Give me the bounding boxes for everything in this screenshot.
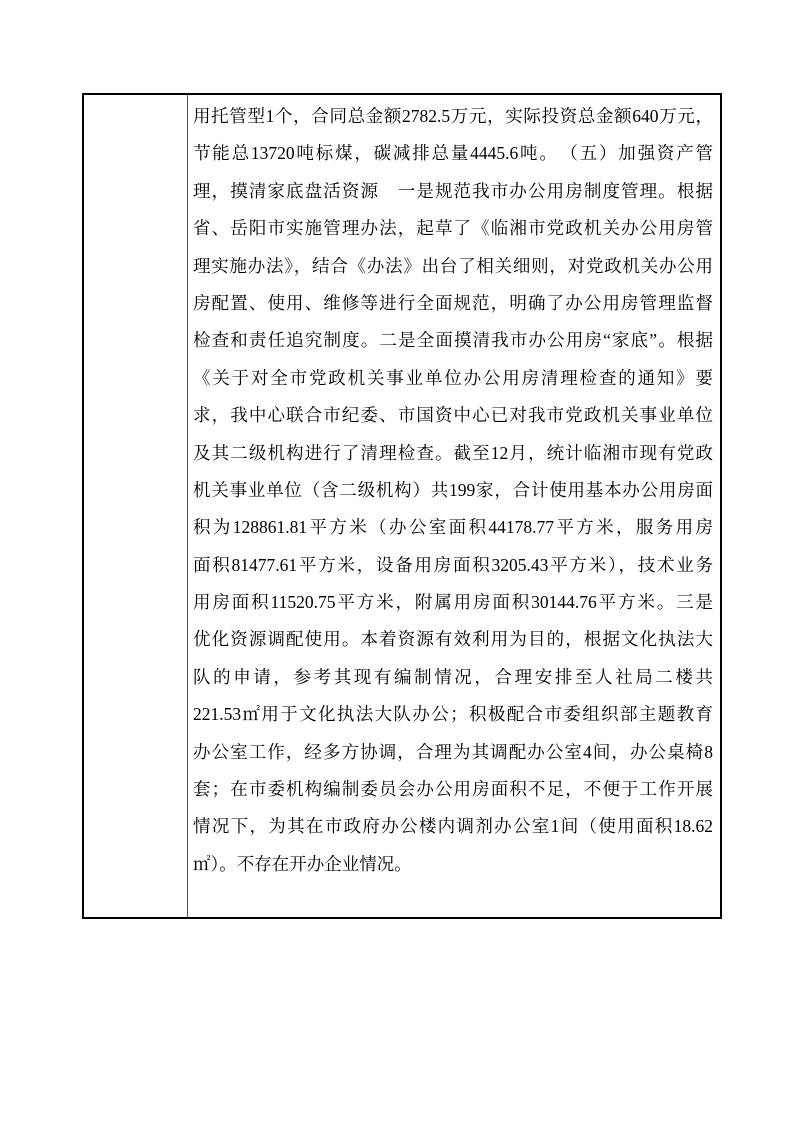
text-line: 面积81477.61平方米，设备用房面积3205.43平方米），技术业务	[193, 547, 713, 584]
table-label-cell	[84, 95, 188, 917]
text-line: 节能总13720吨标煤，碳减排总量4445.6吨。 （五）加强资产管	[193, 135, 713, 172]
text-line: 积为128861.81平方米（办公室面积44178.77平方米，服务用房	[193, 509, 713, 546]
text-line: ㎡）。不存在开办企业情况。	[193, 846, 713, 883]
text-line: 用房面积11520.75平方米，附属用房面积30144.76平方米。三是	[193, 584, 713, 621]
text-line: 检查和责任追究制度。二是全面摸清我市办公用房“家底”。根据	[193, 322, 713, 359]
text-line: 理，摸清家底盘活资源 一是规范我市办公用房制度管理。根据	[193, 173, 713, 210]
table-content-cell: 用托管型1个，合同总金额2782.5万元，实际投资总金额640万元，节能总137…	[188, 95, 720, 917]
document-page: 用托管型1个，合同总金额2782.5万元，实际投资总金额640万元，节能总137…	[0, 0, 794, 1122]
text-line: 优化资源调配使用。本着资源有效利用为目的，根据文化执法大	[193, 621, 713, 658]
text-line: 办公室工作，经多方协调，合理为其调配办公室4间，办公桌椅8	[193, 734, 713, 771]
report-table: 用托管型1个，合同总金额2782.5万元，实际投资总金额640万元，节能总137…	[82, 93, 722, 919]
text-line: 221.53㎡用于文化执法大队办公；积极配合市委组织部主题教育	[193, 696, 713, 733]
text-line: 及其二级机构进行了清理检查。截至12月，统计临湘市现有党政	[193, 435, 713, 472]
text-line: 套；在市委机构编制委员会办公用房面积不足，不便于工作开展	[193, 771, 713, 808]
text-line: 求，我中心联合市纪委、市国资中心已对我市党政机关事业单位	[193, 397, 713, 434]
text-line: 省、岳阳市实施管理办法，起草了《临湘市党政机关办公用房管	[193, 210, 713, 247]
text-line: 情况下，为其在市政府办公楼内调剂办公室1间（使用面积18.62	[193, 808, 713, 845]
text-line: 机关事业单位（含二级机构）共199家，合计使用基本办公用房面	[193, 472, 713, 509]
text-line: 用托管型1个，合同总金额2782.5万元，实际投资总金额640万元，	[193, 98, 713, 135]
text-line: 房配置、使用、维修等进行全面规范，明确了办公用房管理监督	[193, 285, 713, 322]
text-line: 队的申请，参考其现有编制情况，合理安排至人社局二楼共	[193, 659, 713, 696]
text-line: 《关于对全市党政机关事业单位办公用房清理检查的通知》要	[193, 360, 713, 397]
text-line: 理实施办法》，结合《办法》出台了相关细则，对党政机关办公用	[193, 248, 713, 285]
